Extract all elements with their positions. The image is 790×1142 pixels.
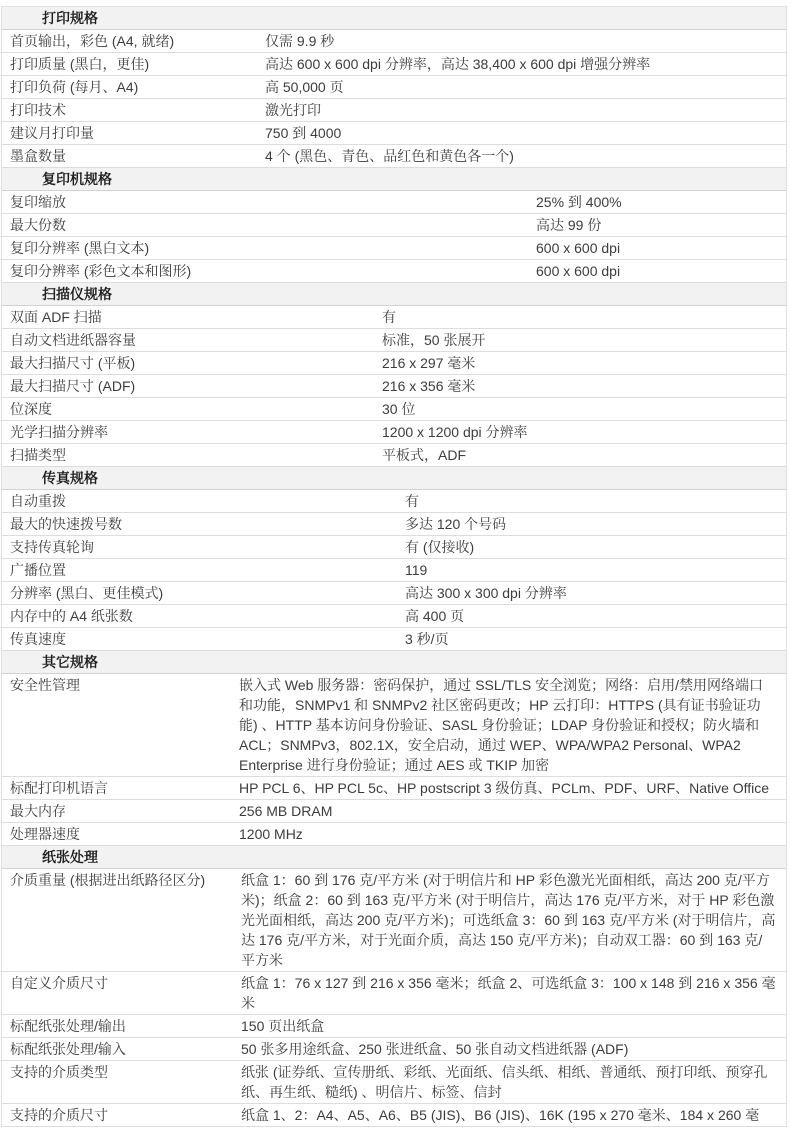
spec-label: 扫描类型 xyxy=(2,445,382,465)
spec-label: 最大的快速拨号数 xyxy=(2,514,405,534)
spec-row: 标配打印机语言 HP PCL 6、HP PCL 5c、HP postscript… xyxy=(2,777,786,800)
spec-value: HP PCL 6、HP PCL 5c、HP postscript 3 级仿真、P… xyxy=(239,778,786,798)
spec-row: 自动重拨 有 xyxy=(2,490,786,513)
spec-value: 有 (仅接收) xyxy=(405,537,786,557)
spec-label: 支持的介质尺寸 xyxy=(2,1105,241,1125)
spec-value: 216 x 356 毫米 xyxy=(382,376,786,396)
spec-row: 介质重量 (根据进出纸路径区分) 纸盒 1：60 到 176 克/平方米 (对于… xyxy=(2,869,786,972)
spec-row: 广播位置 119 xyxy=(2,559,786,582)
spec-row: 最大内存 256 MB DRAM xyxy=(2,800,786,823)
spec-label: 分辨率 (黑白、更佳模式) xyxy=(2,583,405,603)
spec-label: 打印负荷 (每月、A4) xyxy=(2,77,265,97)
spec-label: 标配纸张处理/输入 xyxy=(2,1039,241,1059)
spec-row: 复印分辨率 (彩色文本和图形) 600 x 600 dpi xyxy=(2,260,786,283)
spec-row: 支持传真轮询 有 (仅接收) xyxy=(2,536,786,559)
spec-row: 最大扫描尺寸 (ADF) 216 x 356 毫米 xyxy=(2,375,786,398)
spec-label: 墨盒数量 xyxy=(2,146,265,166)
spec-value: 216 x 297 毫米 xyxy=(382,353,786,373)
spec-value: 4 个 (黑色、青色、品红色和黄色各一个) xyxy=(265,146,786,166)
spec-label: 标配纸张处理/输出 xyxy=(2,1016,241,1036)
spec-row: 标配纸张处理/输入 50 张多用途纸盒、250 张进纸盒、50 张自动文档进纸器… xyxy=(2,1038,786,1061)
spec-label: 建议月打印量 xyxy=(2,123,265,143)
spec-value: 高 50,000 页 xyxy=(265,77,786,97)
spec-label: 安全性管理 xyxy=(2,675,239,695)
spec-value: 750 到 4000 xyxy=(265,123,786,143)
spec-value: 高达 300 x 300 dpi 分辨率 xyxy=(405,583,786,603)
spec-value: 纸盒 1、2：A4、A5、A6、B5 (JIS)、B6 (JIS)、16K (1… xyxy=(241,1105,786,1125)
spec-table: 打印规格 首页输出，彩色 (A4, 就绪) 仅需 9.9 秒 打印质量 (黑白，… xyxy=(1,6,787,1127)
spec-row: 打印技术 激光打印 xyxy=(2,99,786,122)
spec-value: 标准，50 张展开 xyxy=(382,330,786,350)
spec-value: 1200 MHz xyxy=(239,824,786,844)
spec-label: 最大份数 xyxy=(2,215,536,235)
spec-value: 高达 600 x 600 dpi 分辨率，高达 38,400 x 600 dpi… xyxy=(265,54,786,74)
spec-value: 纸盒 1：60 到 176 克/平方米 (对于明信片和 HP 彩色激光光面相纸，… xyxy=(241,870,786,970)
spec-value: 纸张 (证券纸、宣传册纸、彩纸、光面纸、信头纸、相纸、普通纸、预打印纸、预穿孔纸… xyxy=(241,1062,786,1102)
spec-label: 处理器速度 xyxy=(2,824,239,844)
spec-row: 分辨率 (黑白、更佳模式) 高达 300 x 300 dpi 分辨率 xyxy=(2,582,786,605)
spec-value: 多达 120 个号码 xyxy=(405,514,786,534)
spec-label: 复印缩放 xyxy=(2,192,536,212)
spec-value: 30 位 xyxy=(382,399,786,419)
spec-value: 高达 99 份 xyxy=(536,215,786,235)
section-header: 打印规格 xyxy=(2,7,786,30)
spec-value: 平板式，ADF xyxy=(382,445,786,465)
spec-label: 自动重拨 xyxy=(2,491,405,511)
spec-row: 支持的介质尺寸 纸盒 1、2：A4、A5、A6、B5 (JIS)、B6 (JIS… xyxy=(2,1104,786,1127)
spec-label: 传真速度 xyxy=(2,629,405,649)
spec-label: 支持的介质类型 xyxy=(2,1062,241,1082)
spec-row: 光学扫描分辨率 1200 x 1200 dpi 分辨率 xyxy=(2,421,786,444)
spec-row: 最大的快速拨号数 多达 120 个号码 xyxy=(2,513,786,536)
spec-value: 高 400 页 xyxy=(405,606,786,626)
spec-row: 打印负荷 (每月、A4) 高 50,000 页 xyxy=(2,76,786,99)
spec-row: 标配纸张处理/输出 150 页出纸盒 xyxy=(2,1015,786,1038)
spec-row: 首页输出，彩色 (A4, 就绪) 仅需 9.9 秒 xyxy=(2,30,786,53)
spec-row: 最大扫描尺寸 (平板) 216 x 297 毫米 xyxy=(2,352,786,375)
spec-row: 复印缩放 25% 到 400% xyxy=(2,191,786,214)
spec-label: 位深度 xyxy=(2,399,382,419)
spec-label: 复印分辨率 (彩色文本和图形) xyxy=(2,261,536,281)
spec-label: 光学扫描分辨率 xyxy=(2,422,382,442)
spec-value: 256 MB DRAM xyxy=(239,801,786,821)
section-header: 传真规格 xyxy=(2,467,786,490)
spec-label: 复印分辨率 (黑白文本) xyxy=(2,238,536,258)
spec-label: 最大扫描尺寸 (ADF) xyxy=(2,376,382,396)
spec-row: 自动文档进纸器容量 标准，50 张展开 xyxy=(2,329,786,352)
section-header: 纸张处理 xyxy=(2,846,786,869)
spec-value: 25% 到 400% xyxy=(536,192,786,212)
spec-row: 位深度 30 位 xyxy=(2,398,786,421)
spec-row: 墨盒数量 4 个 (黑色、青色、品红色和黄色各一个) xyxy=(2,145,786,168)
spec-value: 600 x 600 dpi xyxy=(536,261,786,281)
spec-label: 首页输出，彩色 (A4, 就绪) xyxy=(2,31,265,51)
spec-value: 119 xyxy=(405,560,786,580)
spec-row: 内存中的 A4 纸张数 高 400 页 xyxy=(2,605,786,628)
spec-value: 有 xyxy=(382,307,786,327)
spec-value: 激光打印 xyxy=(265,100,786,120)
section-header: 其它规格 xyxy=(2,651,786,674)
spec-label: 打印质量 (黑白，更佳) xyxy=(2,54,265,74)
spec-row: 双面 ADF 扫描 有 xyxy=(2,306,786,329)
spec-row: 最大份数 高达 99 份 xyxy=(2,214,786,237)
spec-value: 纸盒 1：76 x 127 到 216 x 356 毫米；纸盒 2、可选纸盒 3… xyxy=(241,973,786,1013)
spec-row: 安全性管理 嵌入式 Web 服务器：密码保护，通过 SSL/TLS 安全浏览；网… xyxy=(2,674,786,777)
spec-row: 支持的介质类型 纸张 (证券纸、宣传册纸、彩纸、光面纸、信头纸、相纸、普通纸、预… xyxy=(2,1061,786,1104)
spec-value: 仅需 9.9 秒 xyxy=(265,31,786,51)
spec-row: 打印质量 (黑白，更佳) 高达 600 x 600 dpi 分辨率，高达 38,… xyxy=(2,53,786,76)
spec-label: 双面 ADF 扫描 xyxy=(2,307,382,327)
spec-row: 传真速度 3 秒/页 xyxy=(2,628,786,651)
spec-row: 建议月打印量 750 到 4000 xyxy=(2,122,786,145)
spec-row: 处理器速度 1200 MHz xyxy=(2,823,786,846)
spec-value: 3 秒/页 xyxy=(405,629,786,649)
spec-label: 广播位置 xyxy=(2,560,405,580)
spec-label: 介质重量 (根据进出纸路径区分) xyxy=(2,870,241,890)
spec-value: 600 x 600 dpi xyxy=(536,238,786,258)
spec-label: 标配打印机语言 xyxy=(2,778,239,798)
spec-label: 支持传真轮询 xyxy=(2,537,405,557)
spec-label: 自动文档进纸器容量 xyxy=(2,330,382,350)
spec-value: 1200 x 1200 dpi 分辨率 xyxy=(382,422,786,442)
spec-label: 最大扫描尺寸 (平板) xyxy=(2,353,382,373)
spec-row: 扫描类型 平板式，ADF xyxy=(2,444,786,467)
spec-value: 50 张多用途纸盒、250 张进纸盒、50 张自动文档进纸器 (ADF) xyxy=(241,1039,786,1059)
section-header: 扫描仪规格 xyxy=(2,283,786,306)
spec-value: 嵌入式 Web 服务器：密码保护，通过 SSL/TLS 安全浏览；网络：启用/禁… xyxy=(239,675,786,775)
spec-row: 复印分辨率 (黑白文本) 600 x 600 dpi xyxy=(2,237,786,260)
spec-label: 内存中的 A4 纸张数 xyxy=(2,606,405,626)
spec-label: 自定义介质尺寸 xyxy=(2,973,241,993)
spec-value: 有 xyxy=(405,491,786,511)
spec-label: 打印技术 xyxy=(2,100,265,120)
section-header: 复印机规格 xyxy=(2,168,786,191)
spec-label: 最大内存 xyxy=(2,801,239,821)
spec-value: 150 页出纸盒 xyxy=(241,1016,786,1036)
spec-row: 自定义介质尺寸 纸盒 1：76 x 127 到 216 x 356 毫米；纸盒 … xyxy=(2,972,786,1015)
